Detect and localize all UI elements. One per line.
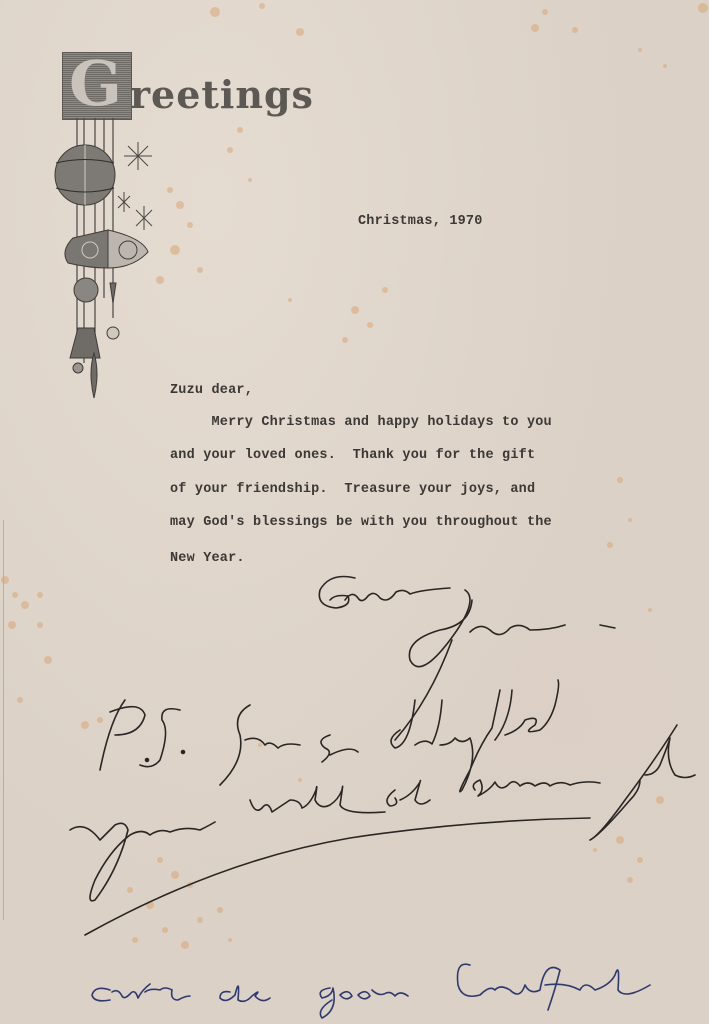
letterhead-title: reetings — [130, 72, 314, 117]
letter-body-line-5: New Year. — [170, 551, 245, 566]
drop-cap-block: G — [62, 52, 132, 120]
drop-cap-letter: G — [69, 51, 122, 117]
letter-body-line-3: of your friendship. Treasure your joys, … — [170, 482, 535, 497]
letter-salutation: Zuzu dear, — [170, 383, 253, 398]
letter-body-line-2: and your loved ones. Thank you for the g… — [170, 448, 535, 463]
greetings-letterhead: G reetings — [62, 52, 342, 122]
letter-date: Christmas, 1970 — [358, 214, 483, 229]
christmas-ornaments-icon — [48, 118, 168, 403]
letter-body-line-4: may God's blessings be with you througho… — [170, 515, 552, 530]
letter-body-line-1: Merry Christmas and happy holidays to yo… — [170, 415, 552, 430]
paper-edge-line — [3, 520, 4, 920]
